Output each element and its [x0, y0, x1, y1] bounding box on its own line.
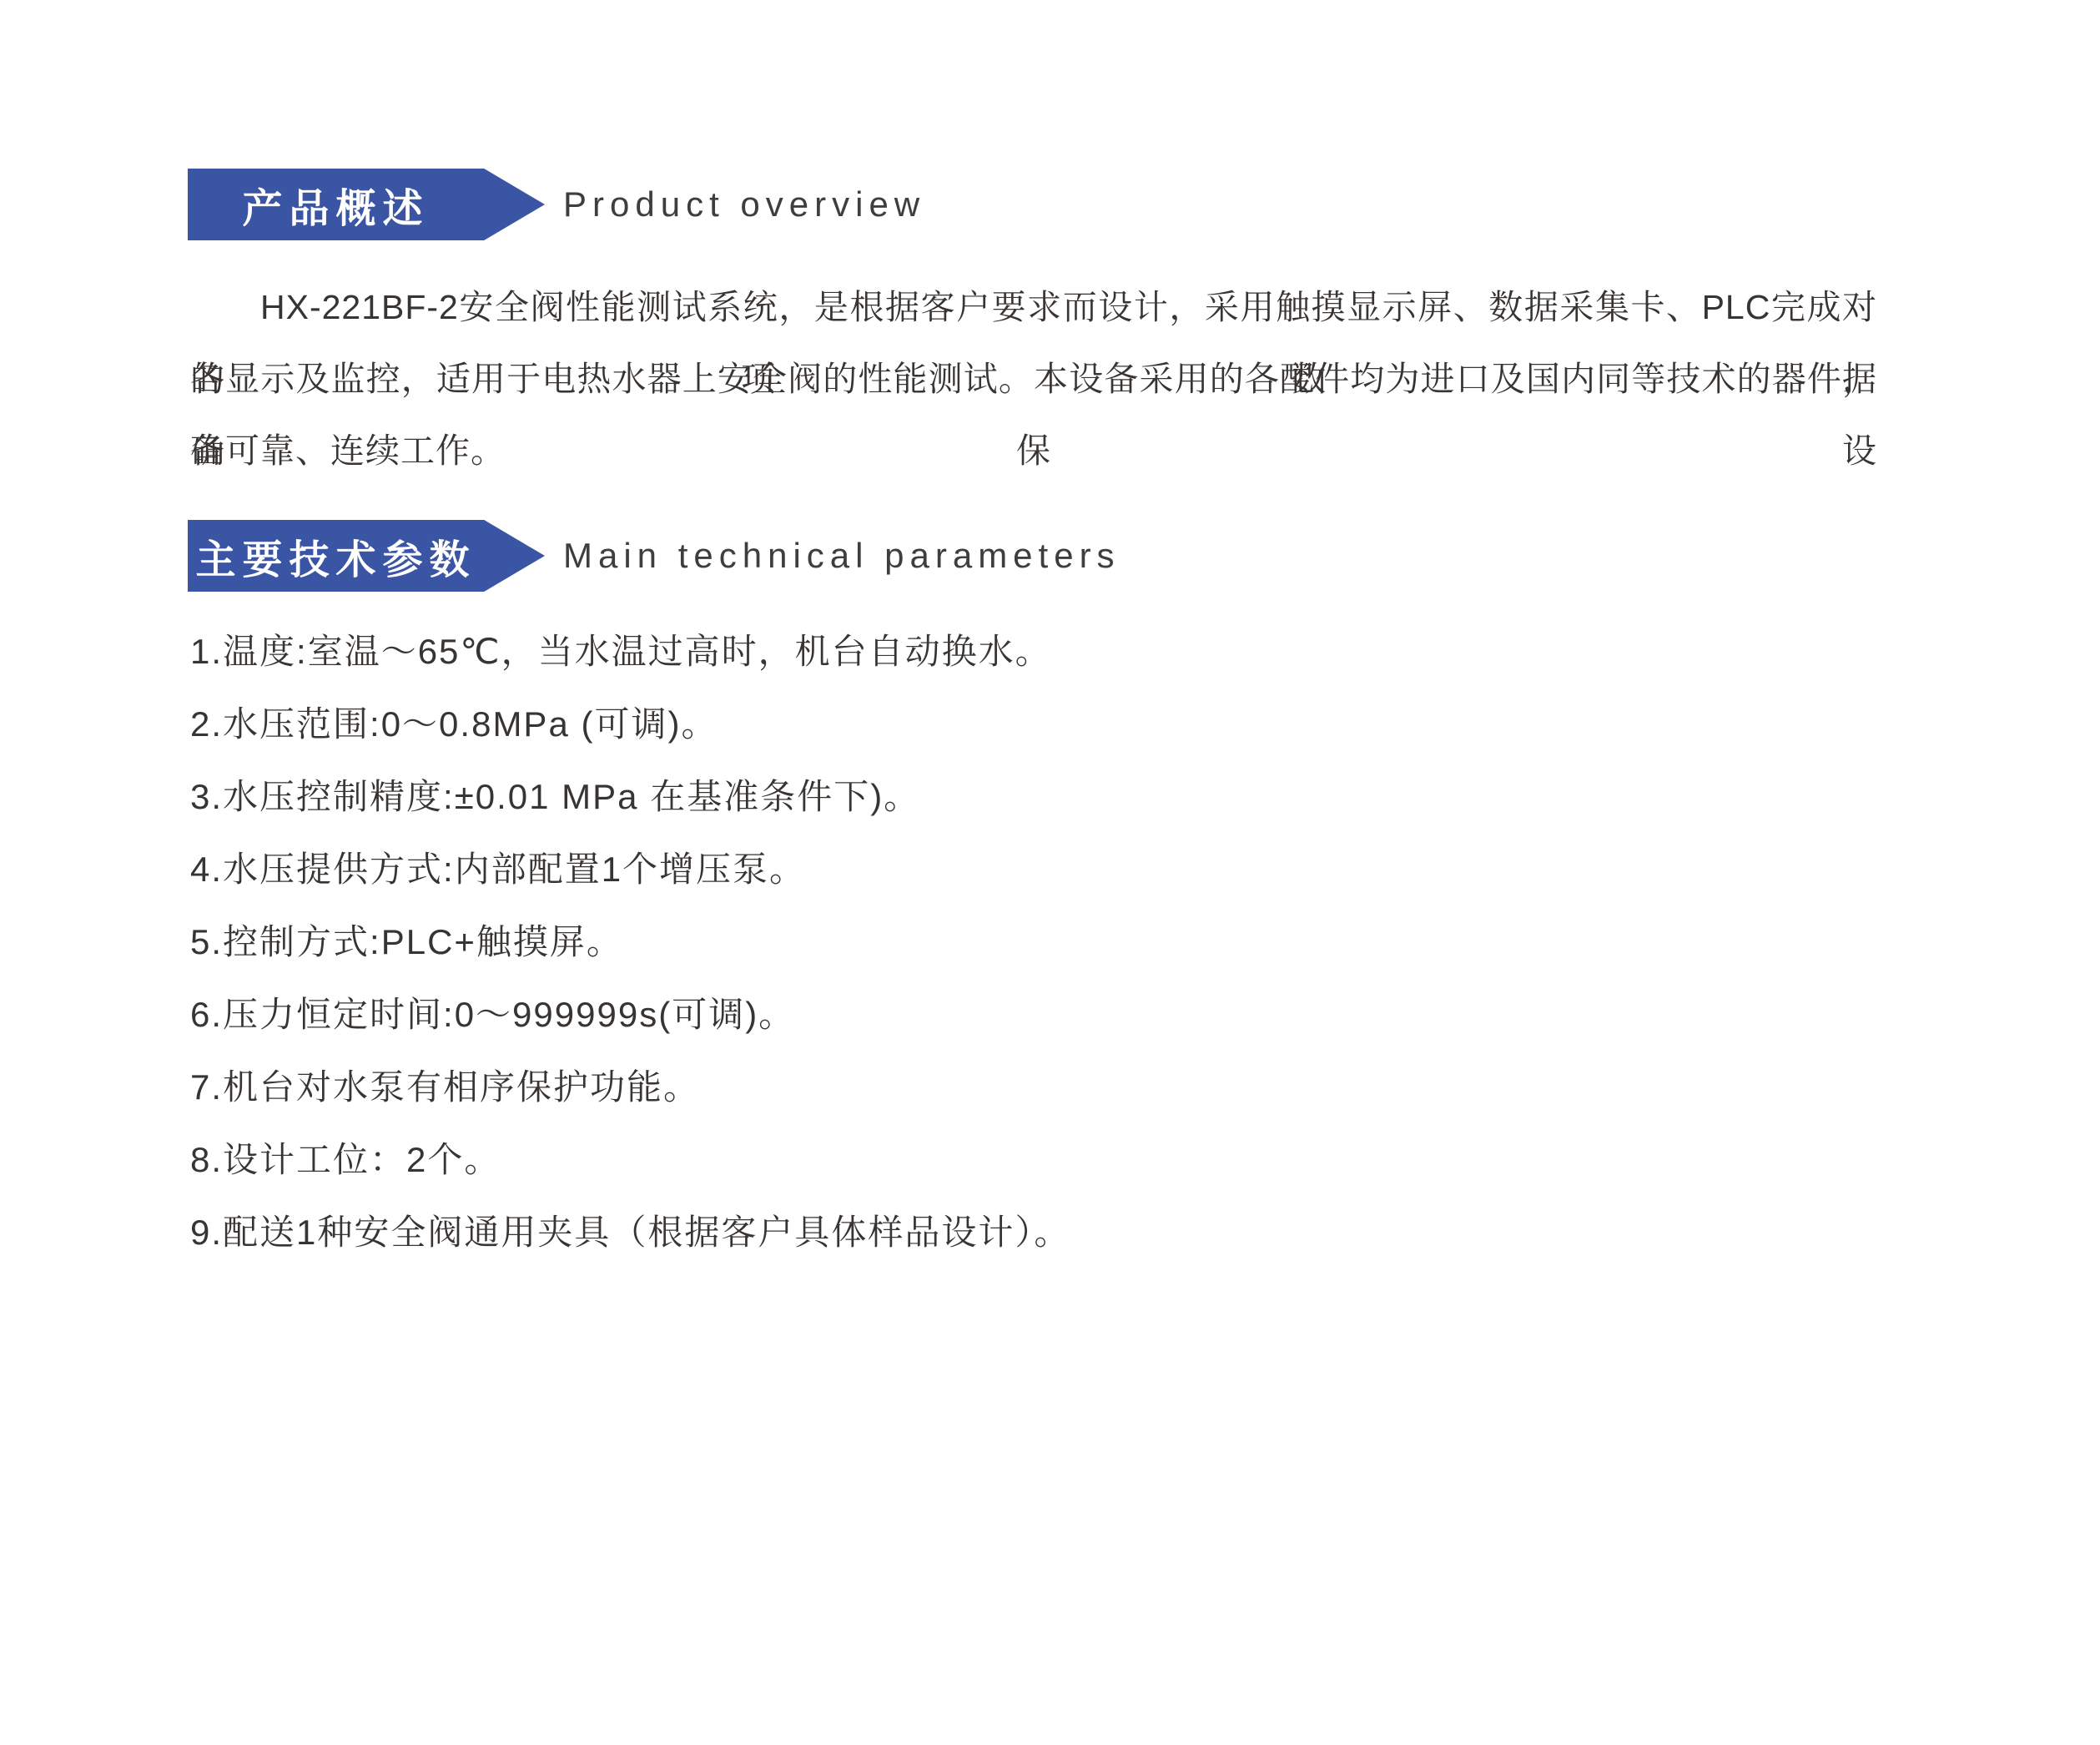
- parameter-item: 7.机台对水泵有相序保护功能。: [190, 1051, 1984, 1123]
- parameter-item: 5.控制方式:PLC+触摸屏。: [190, 905, 1984, 978]
- technical-parameters-banner-label: 主要技术参数: [188, 527, 484, 585]
- product-overview-subtitle: Product overview: [563, 184, 925, 224]
- parameter-item: 4.水压提供方式:内部配置1个增压泵。: [190, 833, 1984, 905]
- technical-parameters-header: 主要技术参数 Main technical parameters: [188, 520, 1121, 592]
- technical-parameters-list: 1.温度:室温～65℃，当水温过高时，机台自动换水。 2.水压范围:0～0.8M…: [190, 615, 1984, 1268]
- parameter-item: 1.温度:室温～65℃，当水温过高时，机台自动换水。: [190, 615, 1984, 688]
- product-overview-banner-arrow: 产品概述: [188, 169, 545, 240]
- technical-parameters-banner-arrow: 主要技术参数: [188, 520, 545, 592]
- overview-paragraph: HX-221BF-2安全阀性能测试系统，是根据客户要求而设计，采用触摸显示屏、数…: [190, 271, 1877, 487]
- parameter-item: 3.水压控制精度:±0.01 MPa 在基准条件下)。: [190, 760, 1984, 833]
- product-overview-banner-label: 产品概述: [188, 176, 484, 234]
- parameter-item: 8.设计工位：2个。: [190, 1123, 1984, 1196]
- parameter-item: 2.水压范围:0～0.8MPa (可调)。: [190, 688, 1984, 760]
- technical-parameters-subtitle: Main technical parameters: [563, 536, 1121, 576]
- document-page: 产品概述 Product overview HX-221BF-2安全阀性能测试系…: [0, 0, 2100, 1745]
- overview-paragraph-line: HX-221BF-2安全阀性能测试系统，是根据客户要求而设计，采用触摸显示屏、数…: [190, 271, 1877, 343]
- parameter-item: 6.压力恒定时间:0～999999s(可调)。: [190, 978, 1984, 1051]
- product-overview-header: 产品概述 Product overview: [188, 169, 925, 240]
- parameter-item: 9.配送1种安全阀通用夹具（根据客户具体样品设计）。: [190, 1196, 1984, 1268]
- overview-paragraph-line: 的显示及监控，适用于电热水器上安全阀的性能测试。本设备采用的各配件均为进口及国内…: [190, 343, 1877, 415]
